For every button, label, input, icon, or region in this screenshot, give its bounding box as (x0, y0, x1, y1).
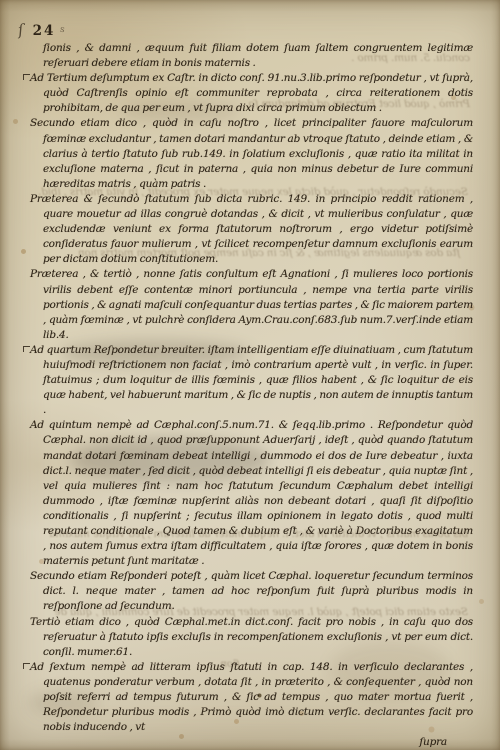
ink-flourish: s (60, 25, 66, 36)
book-page: conclu. 5. num. primo . Primò , quòd lic… (0, 0, 500, 750)
paragraph-text: Tertiò etiam dico , quòd Cæphal.met.in d… (30, 616, 473, 658)
foxing-spots (0, 0, 3, 3)
paragraph: Ad Tertium deſumptum ex Caſtr. in dicto … (30, 71, 473, 116)
margin-ink-mark: ſ (17, 21, 24, 39)
paragraph: Præterea & ſecundò ſtatutum ſub dicta ru… (30, 192, 473, 267)
catchword: ſupra (30, 735, 473, 750)
paragraph-text: ſionis , & damni , æquum fuit filiam dot… (43, 42, 473, 69)
corner-bracket-mark (23, 663, 30, 669)
paragraph: Tertiò etiam dico , quòd Cæphal.met.in d… (30, 615, 473, 660)
corner-bracket-mark (23, 346, 30, 352)
paragraph-text: Ad quartum Reſpondetur breuiter. iſtam i… (30, 344, 473, 416)
paragraph: Ad ſextum nempè ad litteram ipſius ſtatu… (30, 660, 473, 735)
paragraph-text: Secundo etiam dico , quòd in caſu noſtro… (30, 117, 473, 189)
paragraph: Secundo etiam dico , quòd in caſu noſtro… (30, 116, 473, 191)
paragraph: Ad quintum nempè ad Cæphal.conſ.5.num.71… (30, 418, 473, 569)
page-number: 24 (33, 23, 56, 39)
paragraph-text: Ad quintum nempè ad Cæphal.conſ.5.num.71… (30, 419, 473, 567)
paragraph-text: Præterea & ſecundò ſtatutum ſub dicta ru… (30, 193, 473, 265)
paragraph: ſionis , & damni , æquum fuit filiam dot… (30, 41, 473, 71)
paragraph: Præterea , & tertiò , nonne ſatis conſul… (30, 267, 473, 342)
paragraph-text: Ad ſextum nempè ad litteram ipſius ſtatu… (30, 661, 473, 733)
text-block: ſionis , & damni , æquum fuit filiam dot… (30, 41, 473, 750)
paragraph-text: Ad Tertium deſumptum ex Caſtr. in dicto … (30, 72, 473, 114)
corner-bracket-mark (23, 74, 30, 80)
paragraph-text: Secundo etiam Reſponderi poteſt , quàm l… (30, 570, 473, 612)
paragraph: Secundo etiam Reſponderi poteſt , quàm l… (30, 569, 473, 614)
page-header: ſ24s (18, 20, 65, 42)
paragraph: Ad quartum Reſpondetur breuiter. iſtam i… (30, 343, 473, 418)
paragraph-text: Præterea , & tertiò , nonne ſatis conſul… (30, 268, 473, 340)
